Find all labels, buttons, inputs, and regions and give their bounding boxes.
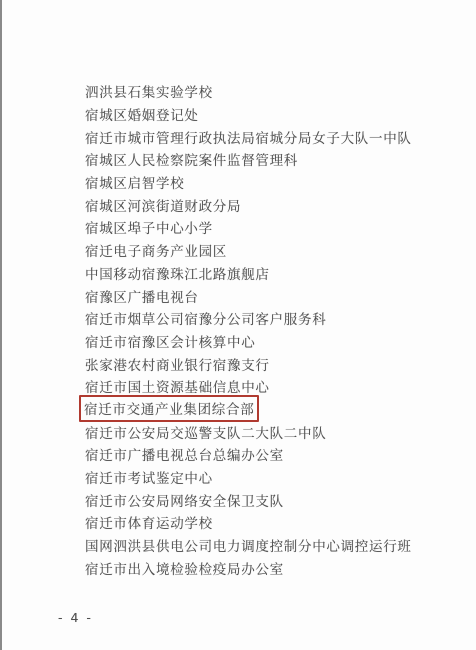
list-item-label: 宿城区人民检察院案件监督管理科 (85, 149, 298, 169)
list-item: 宿迁市国土资源基础信息中心 (85, 375, 412, 398)
list-item-label: 宿城区启智学校 (85, 172, 184, 192)
list-item-label: 宿城区河滨街道财政分局 (85, 195, 241, 215)
scan-edge-line (0, 0, 2, 650)
list-item-label: 宿迁市广播电视总台总编办公室 (85, 444, 284, 464)
list-item-label: 宿迁市考试鉴定中心 (85, 467, 213, 487)
list-item-highlighted: 宿迁市交通产业集团综合部 (85, 398, 412, 421)
organization-list: 泗洪县石集实验学校 宿城区婚姻登记处 宿迁市城市管理行政执法局宿城分局女子大队一… (85, 80, 412, 579)
list-item: 宿迁市城市管理行政执法局宿城分局女子大队一中队 (85, 125, 412, 148)
page-number: - 4 - (58, 610, 93, 625)
list-item: 宿迁市体育运动学校 (85, 511, 412, 534)
list-item-label: 宿豫区广播电视台 (85, 286, 199, 306)
list-item: 宿迁市考试鉴定中心 (85, 466, 412, 489)
list-item-label: 中国移动宿豫珠江北路旗舰店 (85, 263, 270, 283)
list-item: 中国移动宿豫珠江北路旗舰店 (85, 262, 412, 285)
list-item: 宿豫区广播电视台 (85, 284, 412, 307)
list-item-label: 宿迁市体育运动学校 (85, 512, 213, 532)
list-item-label: 宿迁市出入境检验检疫局办公室 (85, 558, 284, 578)
list-item-label: 宿迁市国土资源基础信息中心 (85, 376, 270, 396)
highlighted-item-red-box: 宿迁市交通产业集团综合部 (79, 395, 259, 422)
list-item-label: 泗洪县石集实验学校 (85, 81, 213, 101)
list-item: 宿迁电子商务产业园区 (85, 239, 412, 262)
list-item: 国网泗洪县供电公司电力调度控制分中心调控运行班 (85, 534, 412, 557)
list-item-label: 宿迁市公安局网络安全保卫支队 (85, 490, 284, 510)
list-item: 宿城区人民检察院案件监督管理科 (85, 148, 412, 171)
list-item: 宿城区婚姻登记处 (85, 103, 412, 126)
list-item-label: 宿城区婚姻登记处 (85, 104, 199, 124)
list-item: 宿迁市宿豫区会计核算中心 (85, 330, 412, 353)
list-item-label: 宿迁电子商务产业园区 (85, 240, 227, 260)
list-item-label: 宿迁市城市管理行政执法局宿城分局女子大队一中队 (85, 127, 412, 147)
list-item: 张家港农村商业银行宿豫支行 (85, 352, 412, 375)
list-item-label: 宿迁市烟草公司宿豫分公司客户服务科 (85, 308, 326, 328)
list-item: 宿迁市公安局交巡警支队二大队二中队 (85, 420, 412, 443)
list-item: 宿迁市广播电视总台总编办公室 (85, 443, 412, 466)
list-item-label: 国网泗洪县供电公司电力调度控制分中心调控运行班 (85, 535, 412, 555)
list-item: 宿迁市烟草公司宿豫分公司客户服务科 (85, 307, 412, 330)
list-item-label: 宿城区埠子中心小学 (85, 217, 213, 237)
list-item: 宿迁市公安局网络安全保卫支队 (85, 488, 412, 511)
list-item-label: 张家港农村商业银行宿豫支行 (85, 354, 270, 374)
list-item-label: 宿迁市公安局交巡警支队二大队二中队 (85, 422, 326, 442)
list-item: 泗洪县石集实验学校 (85, 80, 412, 103)
list-item: 宿城区启智学校 (85, 171, 412, 194)
list-item: 宿城区埠子中心小学 (85, 216, 412, 239)
list-item-label: 宿迁市宿豫区会计核算中心 (85, 331, 255, 351)
scanned-page: 泗洪县石集实验学校 宿城区婚姻登记处 宿迁市城市管理行政执法局宿城分局女子大队一… (0, 0, 476, 650)
list-item: 宿迁市出入境检验检疫局办公室 (85, 556, 412, 579)
list-item: 宿城区河滨街道财政分局 (85, 193, 412, 216)
